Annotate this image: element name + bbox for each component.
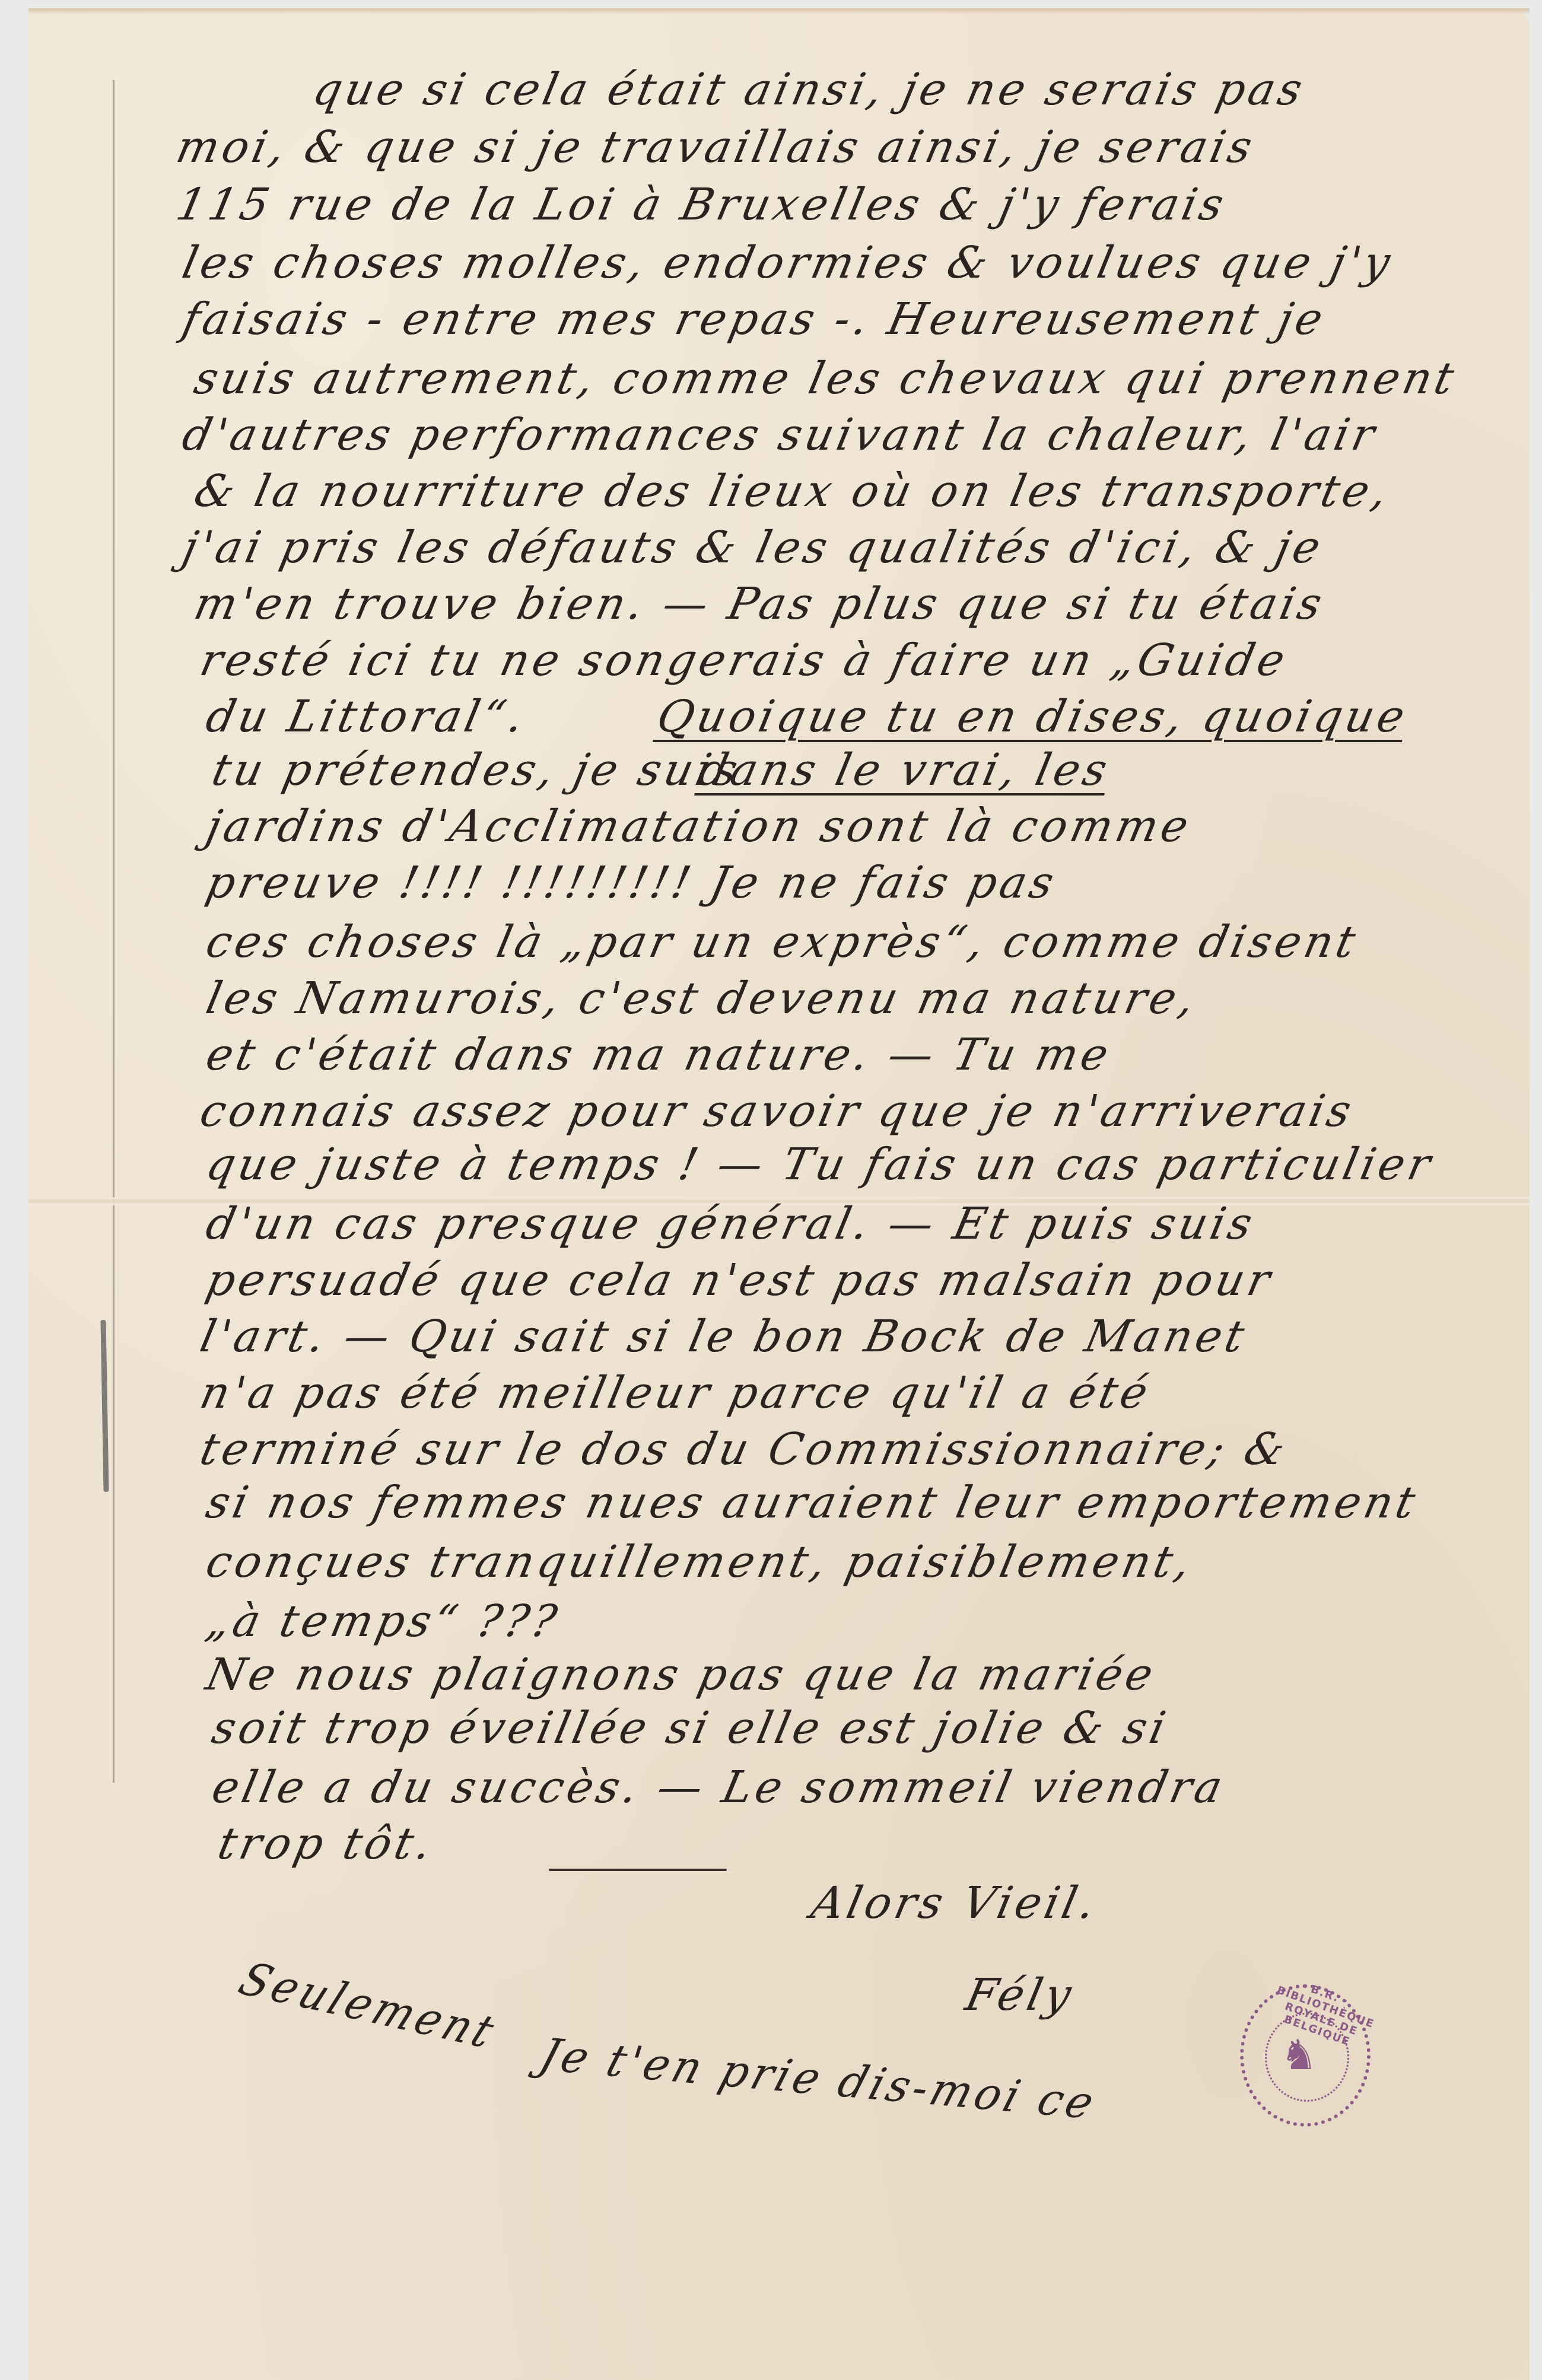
letter-line: faisais - entre mes repas -. Heureusemen… [178, 294, 1331, 345]
letter-line: preuve !!!! !!!!!!!!! Je ne fais pas [202, 857, 1061, 908]
signoff-text: Alors Vieil. [807, 1878, 1103, 1929]
letter-line: & la nourriture des lieux où on les tran… [190, 466, 1395, 517]
letter-line: trop tôt. [214, 1818, 439, 1869]
pencil-margin-line [113, 80, 115, 1783]
letter-line: Ne nous plaignons pas que la mariée [202, 1649, 1161, 1700]
letter-line: soit trop éveillée si elle est jolie & s… [208, 1703, 1174, 1754]
letter-line: moi, & que si je travaillais ainsi, je s… [172, 122, 1260, 173]
letter-line: que si cela était ainsi, je ne serais pa… [309, 64, 1310, 115]
library-stamp: B.R. · BIBLIOTHÈQUE ROYALE DE BELGIQUE ♞ [1240, 1984, 1371, 2127]
letter-line: 115 rue de la Loi à Bruxelles & j'y fera… [172, 179, 1232, 230]
letter-line: les choses molles, endormies & voulues q… [178, 237, 1398, 288]
signature-fely: Fély [961, 1969, 1079, 2021]
letter-line: et c'était dans ma nature. — Tu me [202, 1029, 1117, 1080]
letter-line: l'art. — Qui sait si le bon Bock de Mane… [196, 1311, 1252, 1362]
letter-line: elle a du succès. — Le sommeil viendra [208, 1762, 1231, 1813]
letter-line: j'ai pris les défauts & les qualités d'i… [178, 522, 1328, 573]
letter-line: les Namurois, c'est devenu ma nature, [202, 973, 1203, 1024]
letter-line: resté ici tu ne songerais à faire un „Gu… [196, 635, 1293, 686]
letter-line: si nos femmes nues auraient leur emporte… [202, 1477, 1423, 1528]
closing-rule [549, 1869, 727, 1871]
letter-line: „à temps“ ??? [202, 1596, 565, 1647]
dans-le-vrai-text: dans le vrai, les [694, 744, 1115, 796]
letter-line: n'a pas été meilleur parce qu'il a été [196, 1367, 1156, 1418]
paper-top-edge [28, 8, 1530, 14]
letter-line: d'un cas presque général. — Et puis suis [202, 1198, 1260, 1249]
letter-line: du Littoral“. [202, 691, 532, 742]
letter-line: connais assez pour savoir que je n'arriv… [196, 1086, 1359, 1137]
letter-line: m'en trouve bien. — Pas plus que si tu é… [190, 578, 1330, 629]
letter-line: ces choses là „par un exprès“, comme dis… [202, 917, 1363, 968]
underlined-phrase-dans-le-vrai: dans le vrai, les [694, 744, 1115, 796]
lion-icon: ♞ [1280, 2034, 1318, 2076]
letter-line: persuadé que cela n'est pas malsain pour [202, 1255, 1278, 1306]
letter-line: que juste à temps ! — Tu fais un cas par… [202, 1139, 1438, 1190]
letter-line: tu prétendes, je suis [208, 744, 746, 796]
letter-line: conçues tranquillement, paisiblement, [202, 1536, 1198, 1587]
letter-line: terminé sur le dos du Commissionnaire; & [196, 1424, 1293, 1475]
underlined-phrase-quoique: Quoique tu en dises, quoique [653, 691, 1413, 742]
letter-line: d'autres performances suivant la chaleur… [178, 409, 1382, 460]
letter-line: suis autrement, comme les chevaux qui pr… [190, 353, 1462, 404]
letter-line: jardins d'Acclimatation sont là comme [202, 801, 1196, 852]
